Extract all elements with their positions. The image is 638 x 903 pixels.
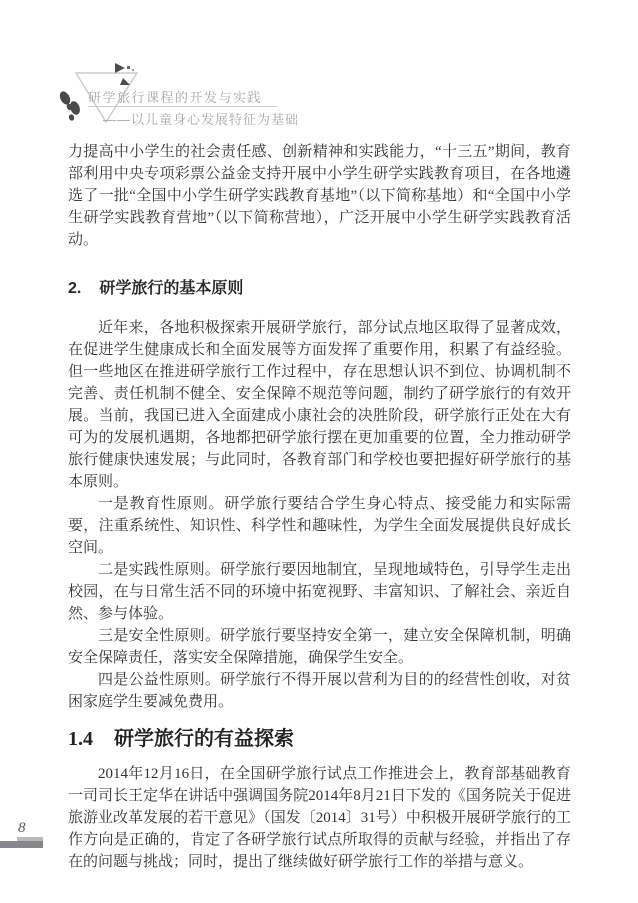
section-number: 1.4 — [68, 728, 93, 750]
running-head-rule — [88, 106, 277, 107]
paragraph: 二是实践性原则。研学旅行要因地制宜，呈现地域特色，引导学生走出校园，在与日常生活… — [68, 559, 571, 625]
folio-bar-dark — [0, 841, 43, 848]
running-head: 研学旅行课程的开发与实践 ——以儿童身心发展特征为基础 — [0, 0, 638, 140]
page-number: 8 — [18, 820, 26, 837]
section-number: 2. — [68, 278, 81, 300]
section-title: 研学旅行的有益探索 — [114, 728, 294, 750]
section-title: 研学旅行的基本原则 — [99, 278, 243, 300]
book-title: 研学旅行课程的开发与实践 — [88, 87, 262, 106]
paragraph: 近年来，各地积极探索开展研学旅行，部分试点地区取得了显著成效，在促进学生健康成长… — [68, 317, 571, 493]
paragraph: 2014年12月16日，在全国研学旅行试点工作推进会上，教育部基础教育一司司长王… — [68, 763, 571, 873]
paragraph: 一是教育性原则。研学旅行要结合学生身心特点、接受能力和实际需要，注重系统性、知识… — [68, 493, 571, 559]
page-body: 力提高中小学生的社会责任感、创新精神和实践能力，“十三五”期间，教育部利用中央专… — [68, 141, 571, 873]
paragraph-continued: 力提高中小学生的社会责任感、创新精神和实践能力，“十三五”期间，教育部利用中央专… — [68, 141, 571, 251]
paragraph: 三是安全性原则。研学旅行要坚持安全第一，建立安全保障机制，明确安全保障责任，落实… — [68, 625, 571, 669]
paragraph: 四是公益性原则。研学旅行不得开展以营利为目的的经营性创收，对贫困家庭学生要减免费… — [68, 669, 571, 713]
section-heading-basic-principles: 2. 研学旅行的基本原则 — [68, 278, 571, 300]
section-heading-exploration: 1.4 研学旅行的有益探索 — [68, 728, 571, 750]
book-subtitle: ——以儿童身心发展特征为基础 — [103, 109, 299, 128]
